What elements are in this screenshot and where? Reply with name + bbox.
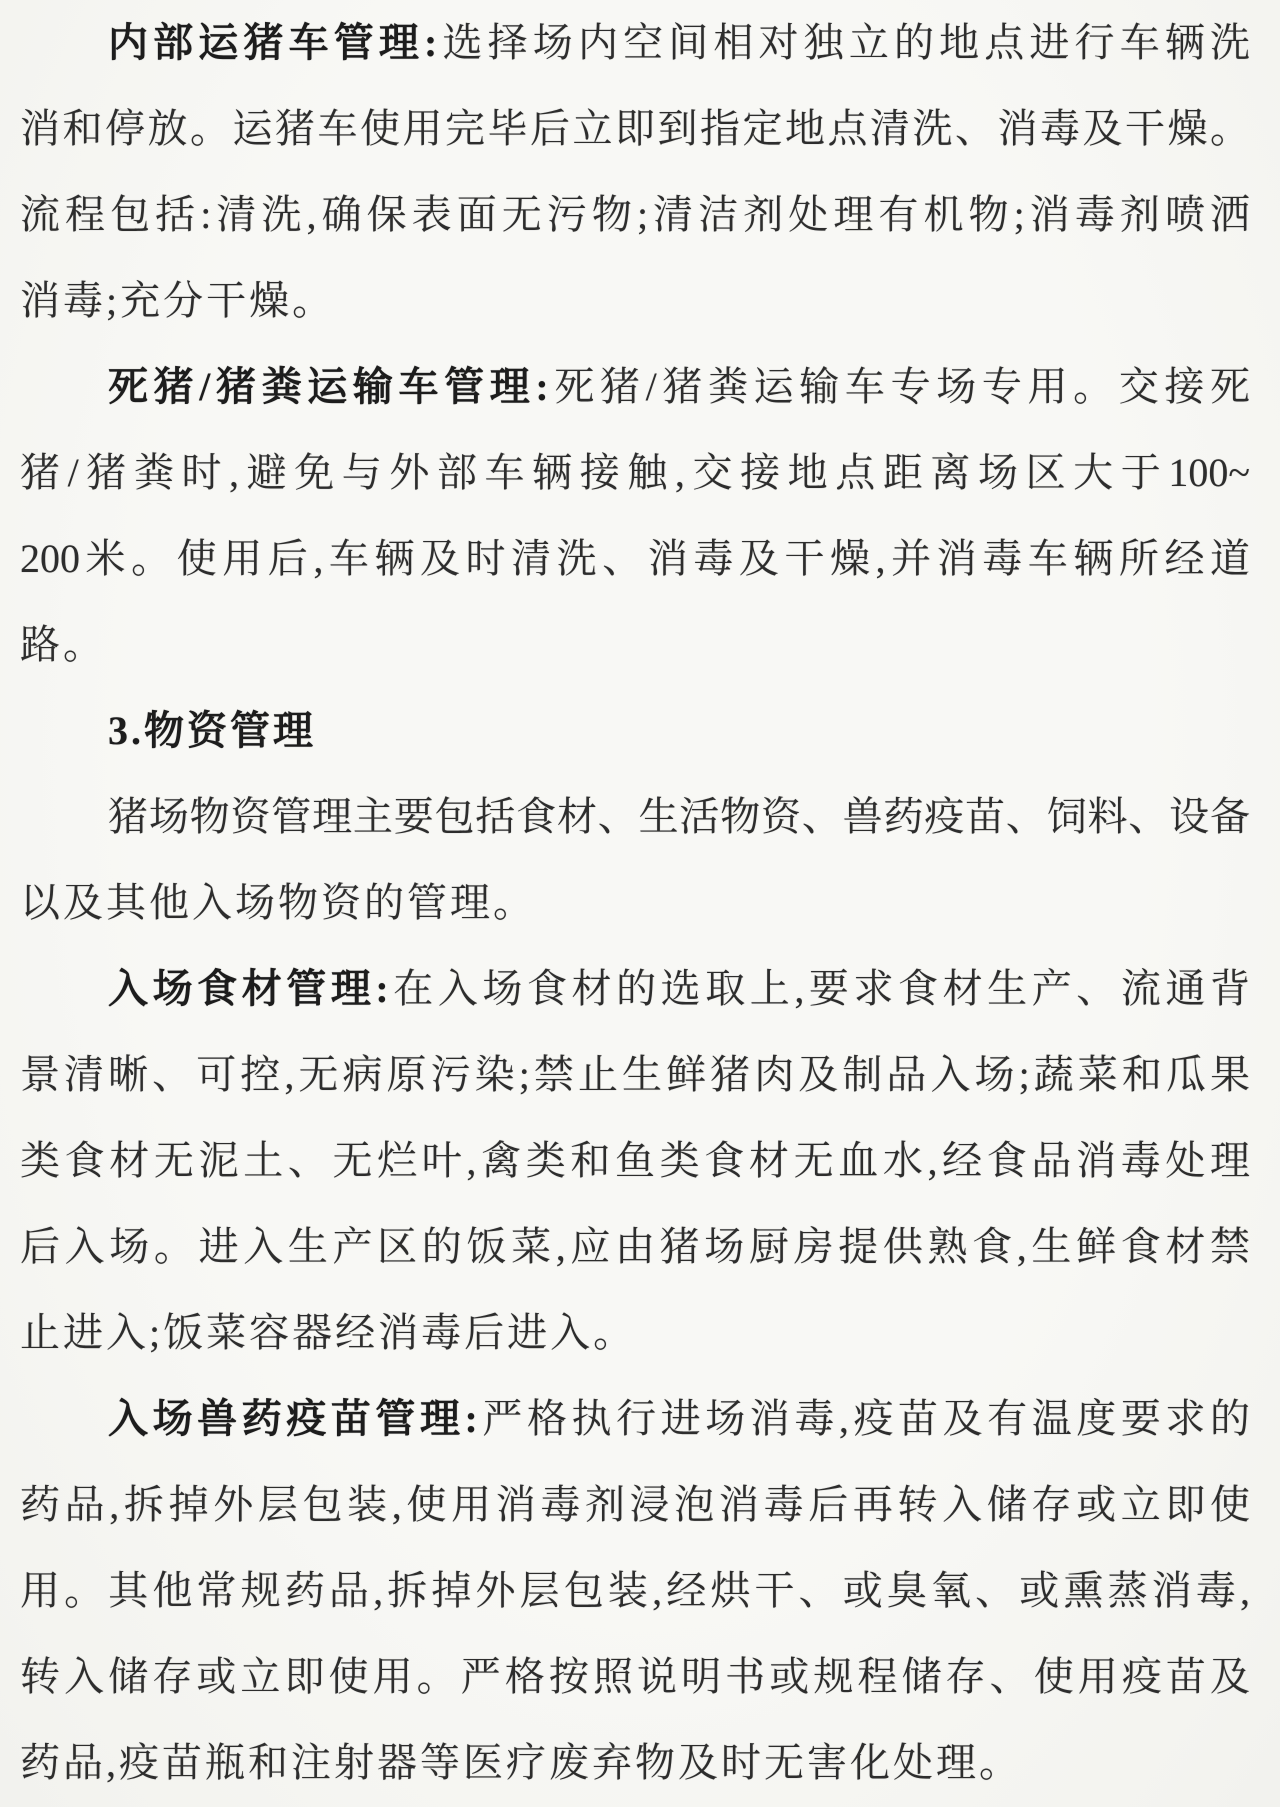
body-text: 消毒;充分干燥。 (20, 278, 335, 323)
body-text: 以及其他入场物资的管理。 (20, 880, 536, 925)
body-text: 选择场内空间相对独立的地点进行车辆洗 (437, 20, 1250, 65)
body-text: 猪场物资管理主要包括食材、生活物资、兽药疫苗、饲料、设备 (108, 794, 1250, 839)
paragraph-incoming-food-ingredient-management: 入场食材管理:在入场食材的选取上,要求食材生产、流通背 景清晰、可控,无病原污染… (20, 946, 1250, 1376)
body-text: 药品,拆掉外层包装,使用消毒剂浸泡消毒后再转入储存或立即使 (20, 1482, 1250, 1527)
body-text: 转入储存或立即使用。严格按照说明书或规程储存、使用疫苗及 (20, 1654, 1250, 1699)
text-line: 景清晰、可控,无病原污染;禁止生鲜猪肉及制品入场;蔬菜和瓜果 (20, 1032, 1250, 1118)
text-line: 药品,拆掉外层包装,使用消毒剂浸泡消毒后再转入储存或立即使 (20, 1462, 1250, 1548)
body-text: 消和停放。运猪车使用完毕后立即到指定地点清洗、消毒及干燥。 (20, 106, 1250, 151)
text-line: 入场兽药疫苗管理:严格执行进场消毒,疫苗及有温度要求的 (20, 1376, 1250, 1462)
body-text: 严格执行进场消毒,疫苗及有温度要求的 (478, 1396, 1250, 1441)
body-text: 后入场。进入生产区的饭菜,应由猪场厨房提供熟食,生鲜食材禁 (20, 1224, 1250, 1269)
bold-lead-text: 内部运猪车管理: (108, 20, 437, 65)
text-line: 猪场物资管理主要包括食材、生活物资、兽药疫苗、饲料、设备 (20, 774, 1250, 860)
document-text-block: 内部运猪车管理:选择场内空间相对独立的地点进行车辆洗 消和停放。运猪车使用完毕后… (20, 0, 1250, 1806)
body-text: 类食材无泥土、无烂叶,禽类和鱼类食材无血水,经食品消毒处理 (20, 1138, 1250, 1183)
paragraph-incoming-vet-drug-vaccine-management: 入场兽药疫苗管理:严格执行进场消毒,疫苗及有温度要求的 药品,拆掉外层包装,使用… (20, 1376, 1250, 1806)
text-line: 转入储存或立即使用。严格按照说明书或规程储存、使用疫苗及 (20, 1634, 1250, 1720)
body-text: 猪/猪粪时,避免与外部车辆接触,交接地点距离场区大于100~ (20, 450, 1250, 495)
body-text: 用。其他常规药品,拆掉外层包装,经烘干、或臭氧、或熏蒸消毒, (20, 1568, 1250, 1613)
section-heading-line: 3.物资管理 (20, 688, 1250, 774)
body-text: 死猪/猪粪运输车专场专用。交接死 (549, 364, 1250, 409)
body-text: 200米。使用后,车辆及时清洗、消毒及干燥,并消毒车辆所经道 (20, 536, 1250, 581)
paragraph-dead-pig-manure-transport-vehicle-management: 死猪/猪粪运输车管理:死猪/猪粪运输车专场专用。交接死 猪/猪粪时,避免与外部车… (20, 344, 1250, 688)
text-line: 死猪/猪粪运输车管理:死猪/猪粪运输车专场专用。交接死 (20, 344, 1250, 430)
text-line: 以及其他入场物资的管理。 (20, 860, 1250, 946)
text-line: 消毒;充分干燥。 (20, 258, 1250, 344)
text-line: 后入场。进入生产区的饭菜,应由猪场厨房提供熟食,生鲜食材禁 (20, 1204, 1250, 1290)
section-heading-materials-management: 3.物资管理 (20, 688, 1250, 774)
bold-lead-text: 入场兽药疫苗管理: (108, 1396, 478, 1441)
paragraph-materials-management-intro: 猪场物资管理主要包括食材、生活物资、兽药疫苗、饲料、设备 以及其他入场物资的管理… (20, 774, 1250, 946)
body-text: 流程包括:清洗,确保表面无污物;清洁剂处理有机物;消毒剂喷洒 (20, 192, 1250, 237)
section-heading-text: 3.物资管理 (108, 708, 316, 753)
text-line: 入场食材管理:在入场食材的选取上,要求食材生产、流通背 (20, 946, 1250, 1032)
body-text: 止进入;饭菜容器经消毒后进入。 (20, 1310, 636, 1355)
scanned-document-page: 内部运猪车管理:选择场内空间相对独立的地点进行车辆洗 消和停放。运猪车使用完毕后… (0, 0, 1280, 1807)
body-text: 药品,疫苗瓶和注射器等医疗废弃物及时无害化处理。 (20, 1740, 1022, 1785)
text-line: 路。 (20, 602, 1250, 688)
text-line: 类食材无泥土、无烂叶,禽类和鱼类食材无血水,经食品消毒处理 (20, 1118, 1250, 1204)
body-text: 景清晰、可控,无病原污染;禁止生鲜猪肉及制品入场;蔬菜和瓜果 (20, 1052, 1250, 1097)
text-line: 用。其他常规药品,拆掉外层包装,经烘干、或臭氧、或熏蒸消毒, (20, 1548, 1250, 1634)
bold-lead-text: 死猪/猪粪运输车管理: (108, 364, 549, 409)
text-line: 猪/猪粪时,避免与外部车辆接触,交接地点距离场区大于100~ (20, 430, 1250, 516)
text-line: 流程包括:清洗,确保表面无污物;清洁剂处理有机物;消毒剂喷洒 (20, 172, 1250, 258)
text-line: 内部运猪车管理:选择场内空间相对独立的地点进行车辆洗 (20, 0, 1250, 86)
text-line: 药品,疫苗瓶和注射器等医疗废弃物及时无害化处理。 (20, 1720, 1250, 1806)
text-line: 200米。使用后,车辆及时清洗、消毒及干燥,并消毒车辆所经道 (20, 516, 1250, 602)
paragraph-internal-pig-transport-vehicle-management: 内部运猪车管理:选择场内空间相对独立的地点进行车辆洗 消和停放。运猪车使用完毕后… (20, 0, 1250, 344)
body-text: 在入场食材的选取上,要求食材生产、流通背 (389, 966, 1250, 1011)
body-text: 路。 (20, 622, 106, 667)
text-line: 止进入;饭菜容器经消毒后进入。 (20, 1290, 1250, 1376)
text-line: 消和停放。运猪车使用完毕后立即到指定地点清洗、消毒及干燥。 (20, 86, 1250, 172)
bold-lead-text: 入场食材管理: (108, 966, 389, 1011)
